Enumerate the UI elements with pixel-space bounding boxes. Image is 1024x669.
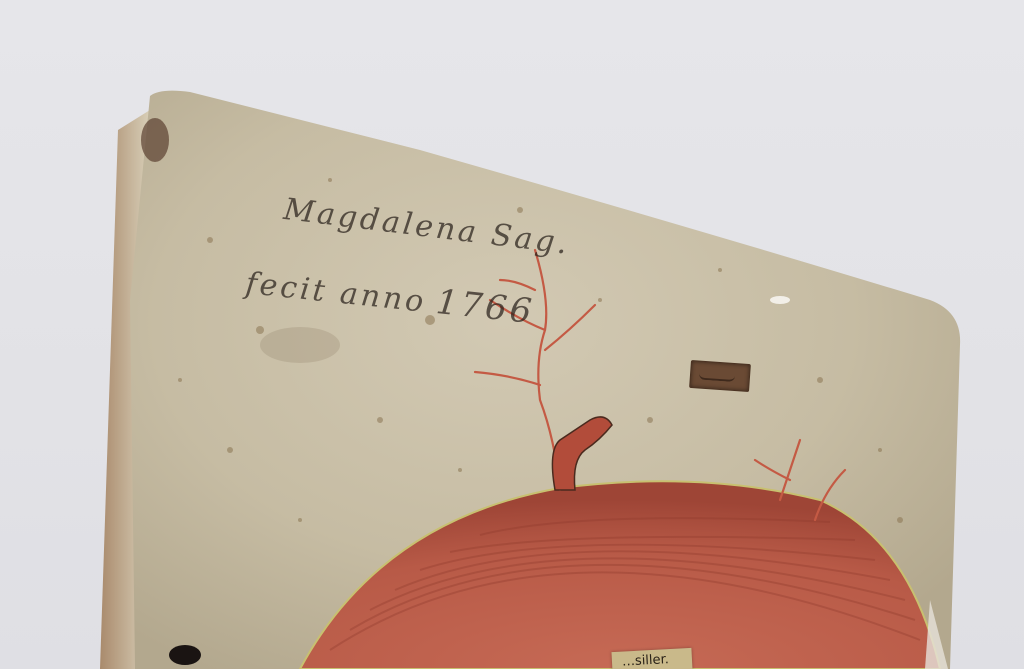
bottom-paper-label: …siller. bbox=[611, 648, 692, 669]
anatomical-model bbox=[0, 0, 1024, 669]
photo-stage: Magdalena Sag. fecit anno1766 …siller. bbox=[0, 0, 1024, 669]
metal-label-plate bbox=[689, 360, 751, 392]
